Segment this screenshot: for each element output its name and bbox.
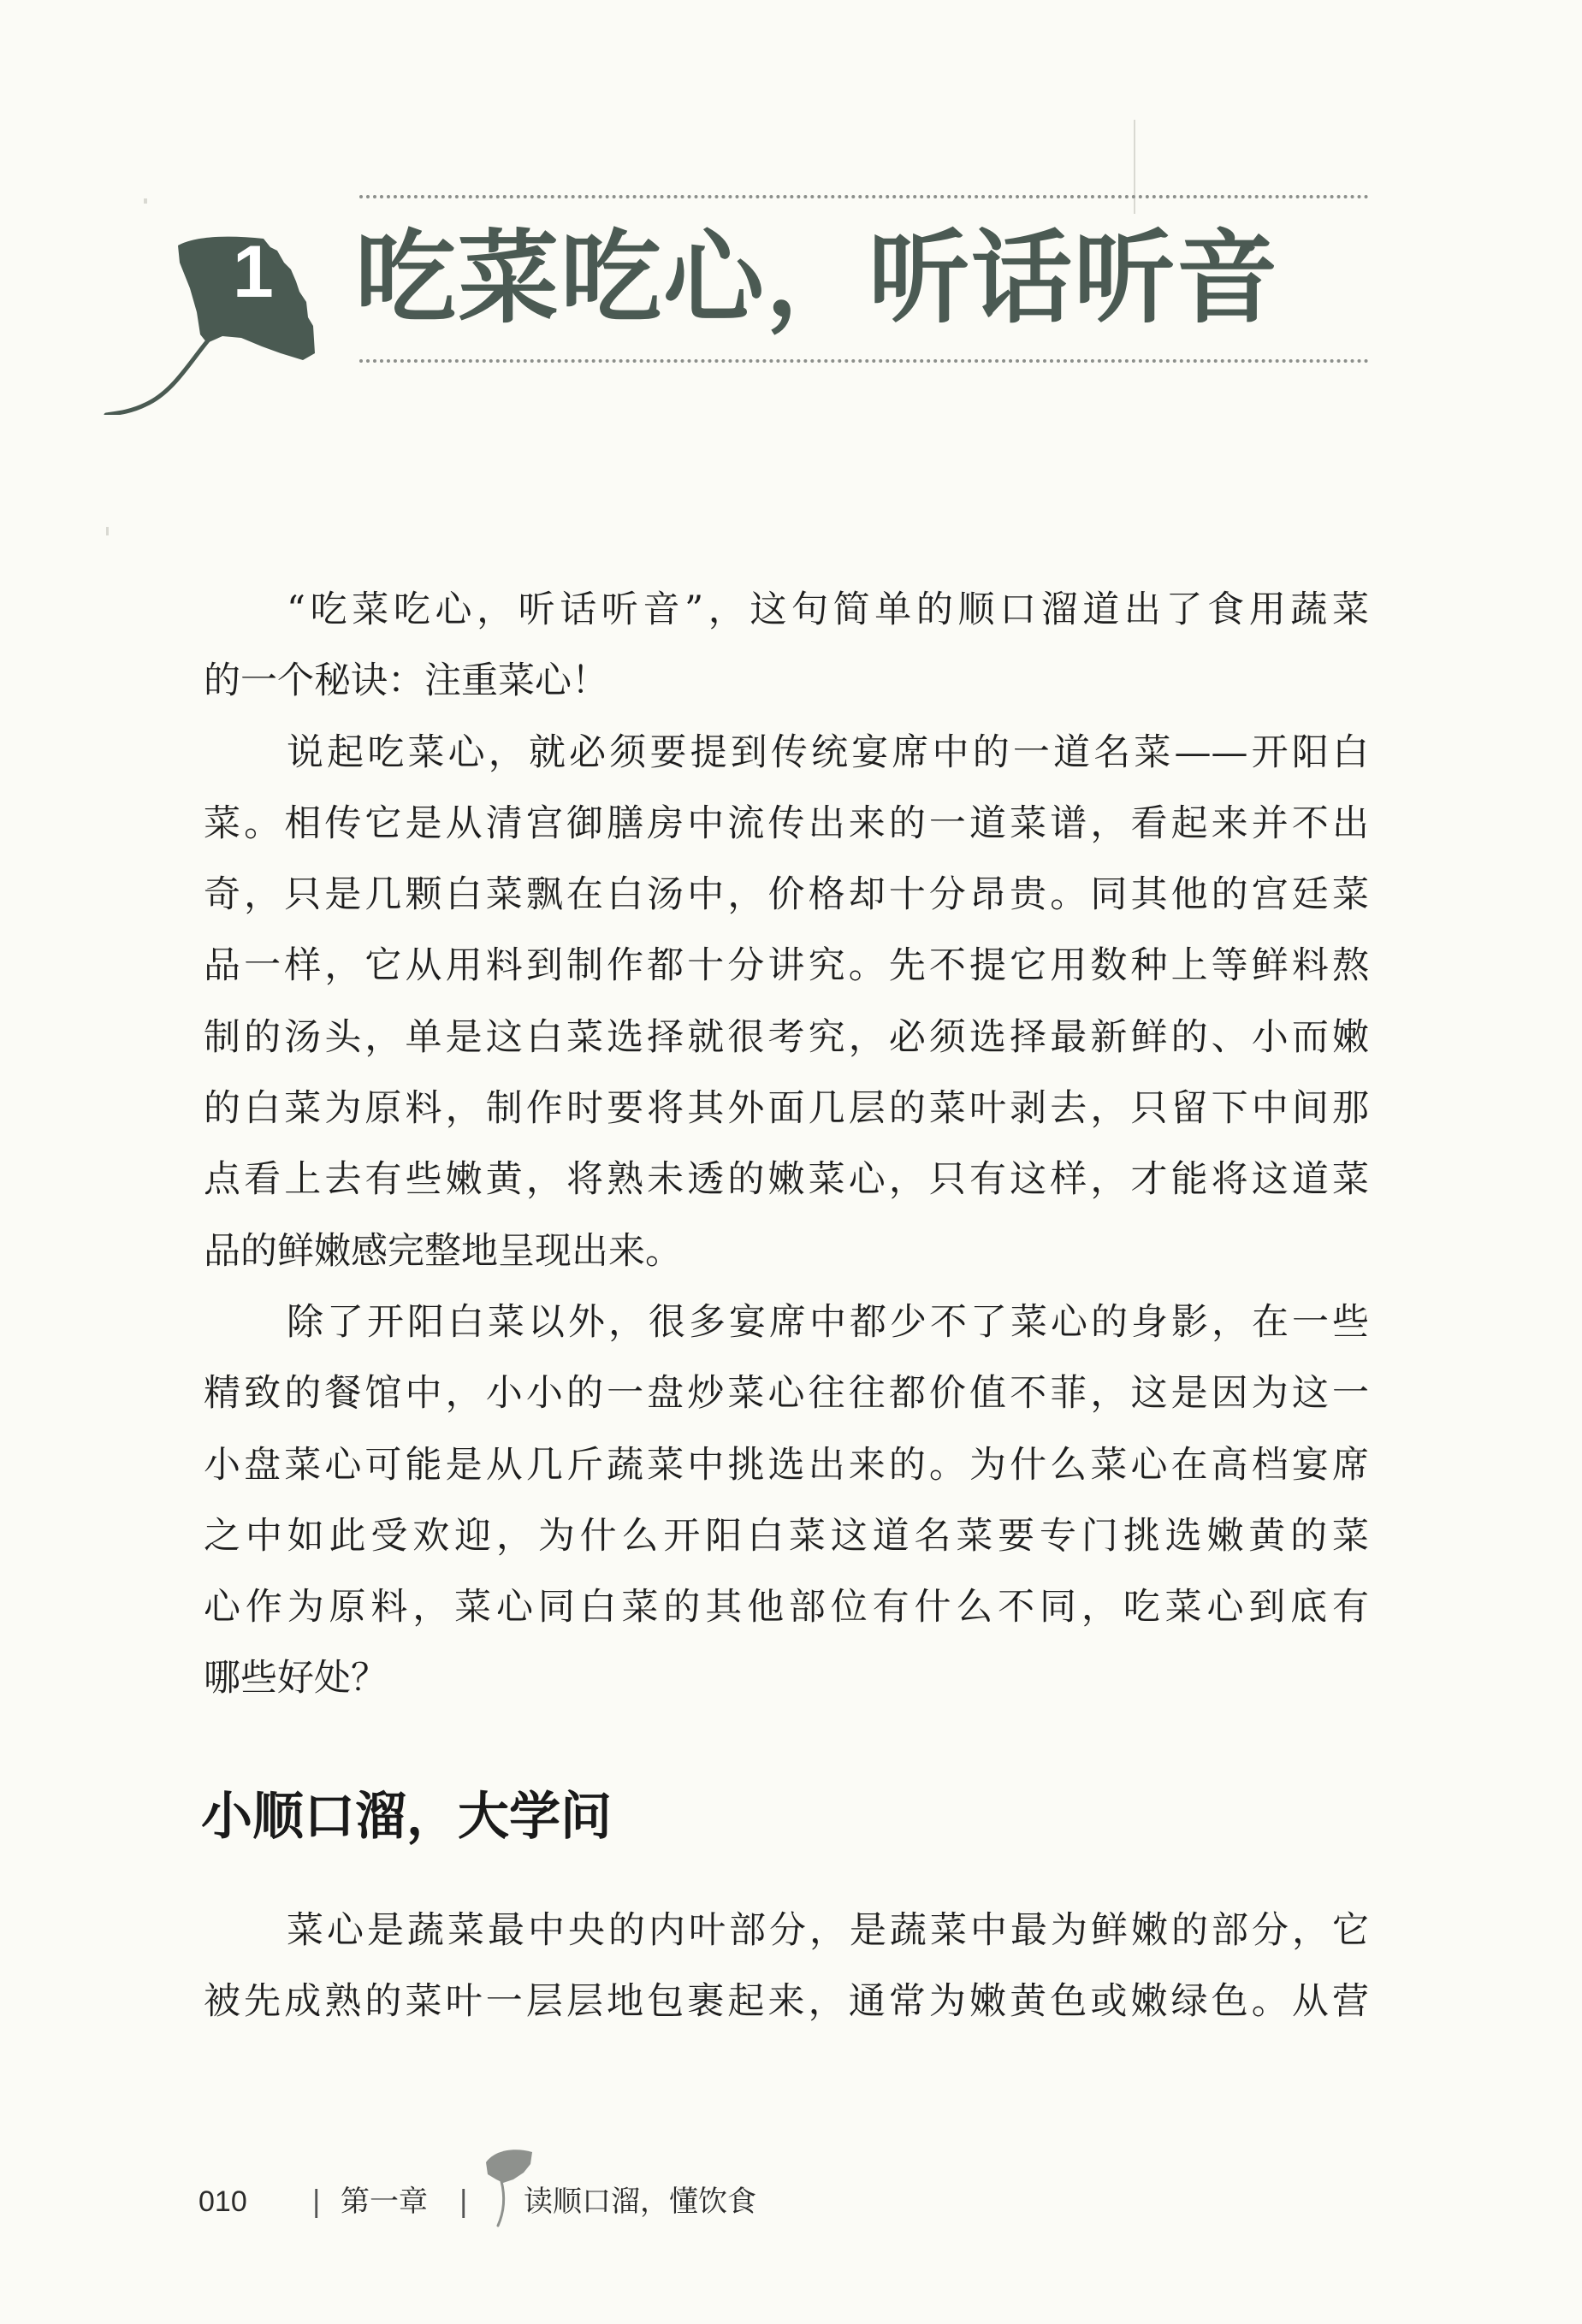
paragraph: 除了开阳白菜以外，很多宴席中都少不了菜心的身影，在一些 精致的餐馆中，小小的一盘… — [204, 1287, 1369, 1715]
text-line: 点看上去有些嫩黄，将熟未透的嫩菜心，只有这样，才能将这道菜 — [204, 1144, 1369, 1215]
footer-book-title: 读顺口溜，懂饮食 — [524, 2183, 756, 2221]
text-line: 说起吃菜心，就必须要提到传统宴席中的一道名菜——开阳白 — [204, 718, 1369, 789]
chapter-title: 吃菜吃心，听话听音 — [355, 214, 1279, 342]
text-line: 的一个秘诀：注重菜心！ — [204, 646, 1369, 717]
text-line: 除了开阳白菜以外，很多宴席中都少不了菜心的身影，在一些 — [204, 1287, 1369, 1358]
intro-text: “吃菜吃心，听话听音”，这句简单的顺口溜道出了食用蔬菜 的一个秘诀：注重菜心！ … — [204, 575, 1369, 1715]
top-dotted-rule — [359, 195, 1369, 198]
scan-artifact-line — [1134, 120, 1135, 214]
text-line: 品一样，它从用料到制作都十分讲究。先不提它用数种上等鲜料熬 — [204, 931, 1369, 1002]
text-line: 小盘菜心可能是从几斤蔬菜中挑选出来的。为什么菜心在高档宴席 — [204, 1430, 1369, 1501]
bottom-dotted-rule — [359, 359, 1369, 363]
text-line: 哪些好处？ — [204, 1643, 1369, 1714]
ginkgo-leaf-icon — [94, 210, 334, 415]
footer-separator: | — [459, 2183, 468, 2221]
text-line: 菜。相传它是从清宫御膳房中流传出来的一道菜谱，看起来并不出 — [204, 789, 1369, 860]
text-line: 之中如此受欢迎，为什么开阳白菜这道名菜要专门挑选嫩黄的菜 — [204, 1501, 1369, 1572]
text-line: 精致的餐馆中，小小的一盘炒菜心往往都价值不菲，这是因为这一 — [204, 1358, 1369, 1429]
paragraph: 说起吃菜心，就必须要提到传统宴席中的一道名菜——开阳白 菜。相传它是从清宫御膳房… — [204, 718, 1369, 1287]
page-footer: 010 | 第一章 | 读顺口溜，懂饮食 — [0, 2173, 1582, 2232]
section-text: 菜心是蔬菜最中央的内叶部分，是蔬菜中最为鲜嫩的部分，它 被先成熟的菜叶一层层地包… — [204, 1895, 1369, 2038]
footer-chapter-label: 第一章 — [341, 2183, 428, 2221]
text-line: “吃菜吃心，听话听音”，这句简单的顺口溜道出了食用蔬菜 — [204, 575, 1369, 646]
scan-artifact-dot — [106, 527, 109, 535]
scan-artifact-dot — [144, 198, 147, 204]
text-line: 奇，只是几颗白菜飘在白汤中，价格却十分昂贵。同其他的宫廷菜 — [204, 860, 1369, 931]
text-line: 心作为原料，菜心同白菜的其他部位有什么不同，吃菜心到底有 — [204, 1572, 1369, 1643]
text-line: 的白菜为原料，制作时要将其外面几层的菜叶剥去，只留下中间那 — [204, 1073, 1369, 1144]
text-line: 制的汤头，单是这白菜选择就很考究，必须选择最新鲜的、小而嫩 — [204, 1002, 1369, 1073]
text-line: 菜心是蔬菜最中央的内叶部分，是蔬菜中最为鲜嫩的部分，它 — [204, 1895, 1369, 1966]
section-heading: 小顺口溜，大学问 — [201, 1774, 612, 1860]
paragraph: 菜心是蔬菜最中央的内叶部分，是蔬菜中最为鲜嫩的部分，它 被先成熟的菜叶一层层地包… — [204, 1895, 1369, 2038]
text-line: 被先成熟的菜叶一层层地包裹起来，通常为嫩黄色或嫩绿色。从营 — [204, 1966, 1369, 2037]
chapter-number: 1 — [233, 238, 267, 306]
footer-separator: | — [311, 2183, 321, 2221]
text-line: 品的鲜嫩感完整地呈现出来。 — [204, 1216, 1369, 1287]
page-number: 010 — [198, 2183, 247, 2221]
paragraph: “吃菜吃心，听话听音”，这句简单的顺口溜道出了食用蔬菜 的一个秘诀：注重菜心！ — [204, 575, 1369, 718]
